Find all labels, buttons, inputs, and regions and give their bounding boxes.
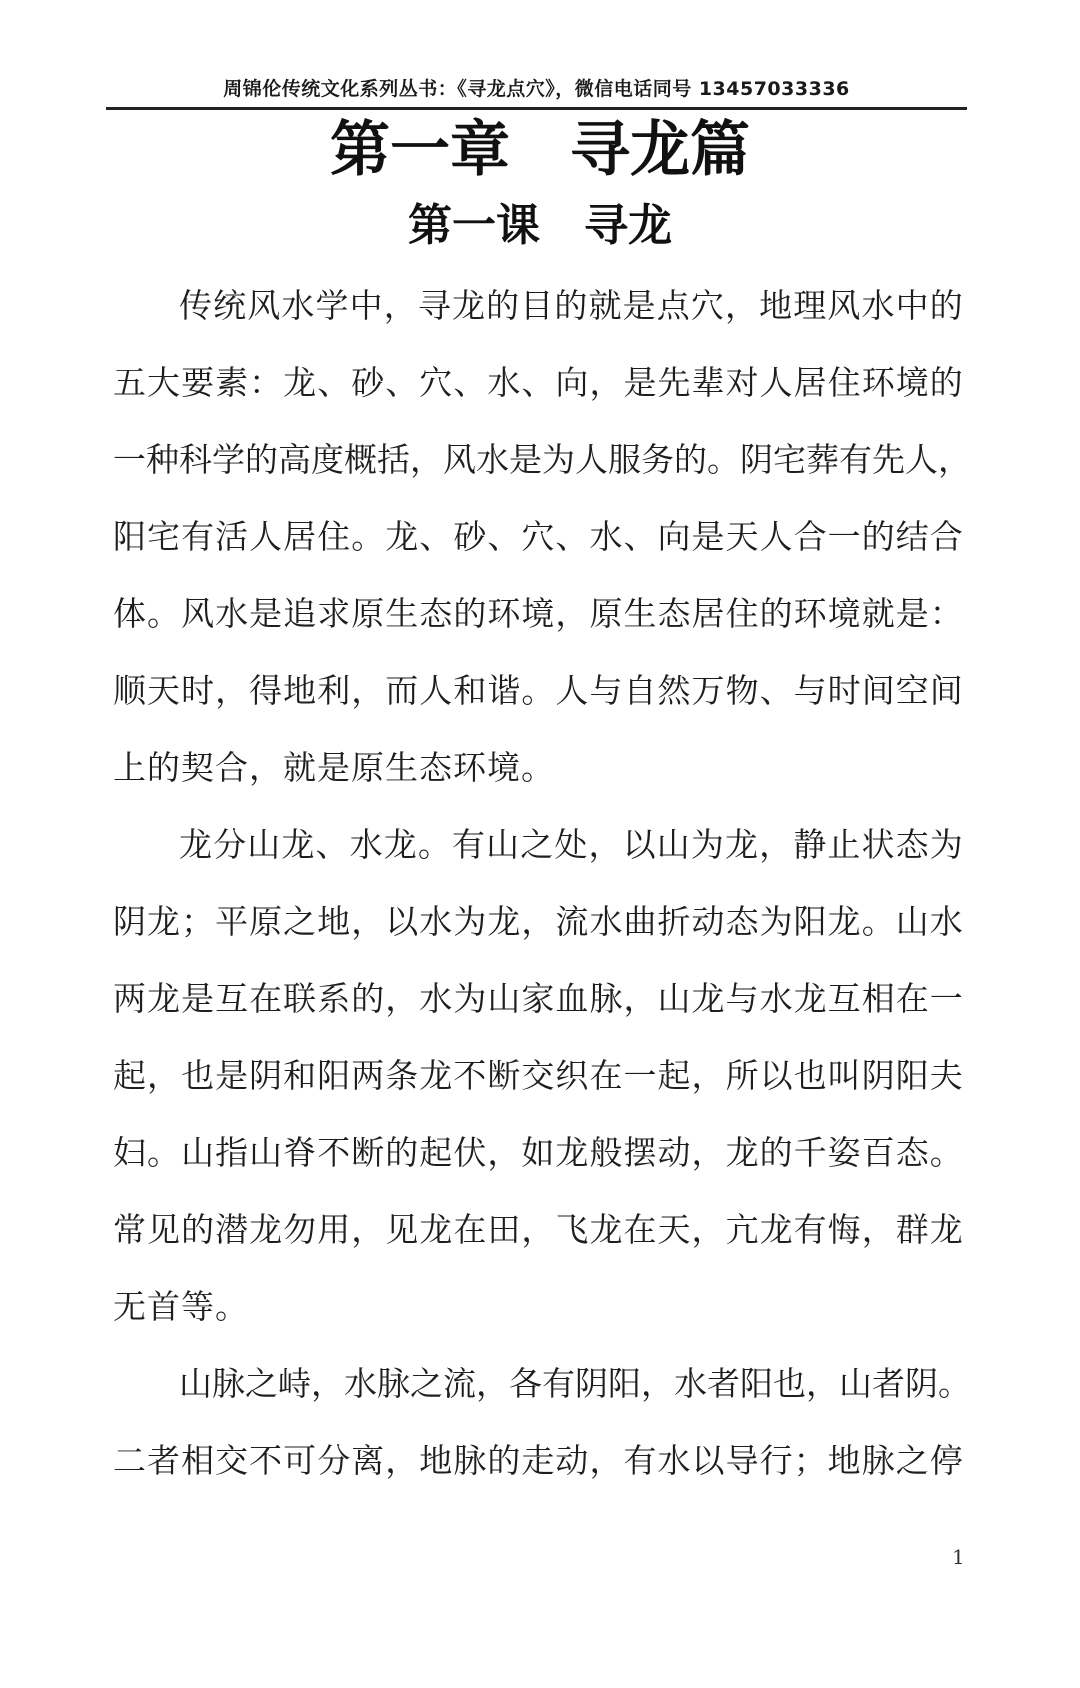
text-line: 两龙是互在联系的，水为山家血脉，山龙与水龙互相在一 (113, 973, 963, 1050)
header-divider (106, 107, 967, 110)
page-number: 1 (952, 1545, 965, 1569)
text-line: 体。风水是追求原生态的环境，原生态居住的环境就是： (113, 588, 963, 665)
text-line: 上的契合，就是原生态环境。 (113, 742, 963, 819)
text-line: 顺天时，得地利，而人和谐。人与自然万物、与时间空间 (113, 665, 963, 742)
body-text: 传统风水学中，寻龙的目的就是点穴，地理风水中的 五大要素：龙、砂、穴、水、向，是… (113, 280, 963, 1512)
text-line: 阳宅有活人居住。龙、砂、穴、水、向是天人合一的结合 (113, 511, 963, 588)
text-line: 一种科学的高度概括，风水是为人服务的。阴宅葬有先人， (113, 434, 963, 511)
text-line: 妇。山指山脊不断的起伏，如龙般摆动，龙的千姿百态。 (113, 1127, 963, 1204)
text-line: 二者相交不可分离，地脉的走动，有水以导行；地脉之停 (113, 1435, 963, 1512)
text-line: 传统风水学中，寻龙的目的就是点穴，地理风水中的 (113, 280, 963, 357)
text-line: 常见的潜龙勿用，见龙在田，飞龙在天，亢龙有悔，群龙 (113, 1204, 963, 1281)
text-line: 五大要素：龙、砂、穴、水、向，是先辈对人居住环境的 (113, 357, 963, 434)
text-line: 山脉之峙，水脉之流，各有阴阳，水者阳也，山者阴。 (113, 1358, 963, 1435)
running-header: 周锦伦传统文化系列丛书：《寻龙点穴》，微信电话同号 13457033336 (106, 76, 967, 102)
lesson-title: 第一课 寻龙 (0, 196, 1080, 256)
text-line: 起，也是阴和阳两条龙不断交织在一起，所以也叫阴阳夫 (113, 1050, 963, 1127)
text-line: 龙分山龙、水龙。有山之处，以山为龙，静止状态为 (113, 819, 963, 896)
text-line: 无首等。 (113, 1281, 963, 1358)
text-line: 阴龙；平原之地，以水为龙，流水曲折动态为阳龙。山水 (113, 896, 963, 973)
chapter-title: 第一章 寻龙篇 (0, 112, 1080, 188)
